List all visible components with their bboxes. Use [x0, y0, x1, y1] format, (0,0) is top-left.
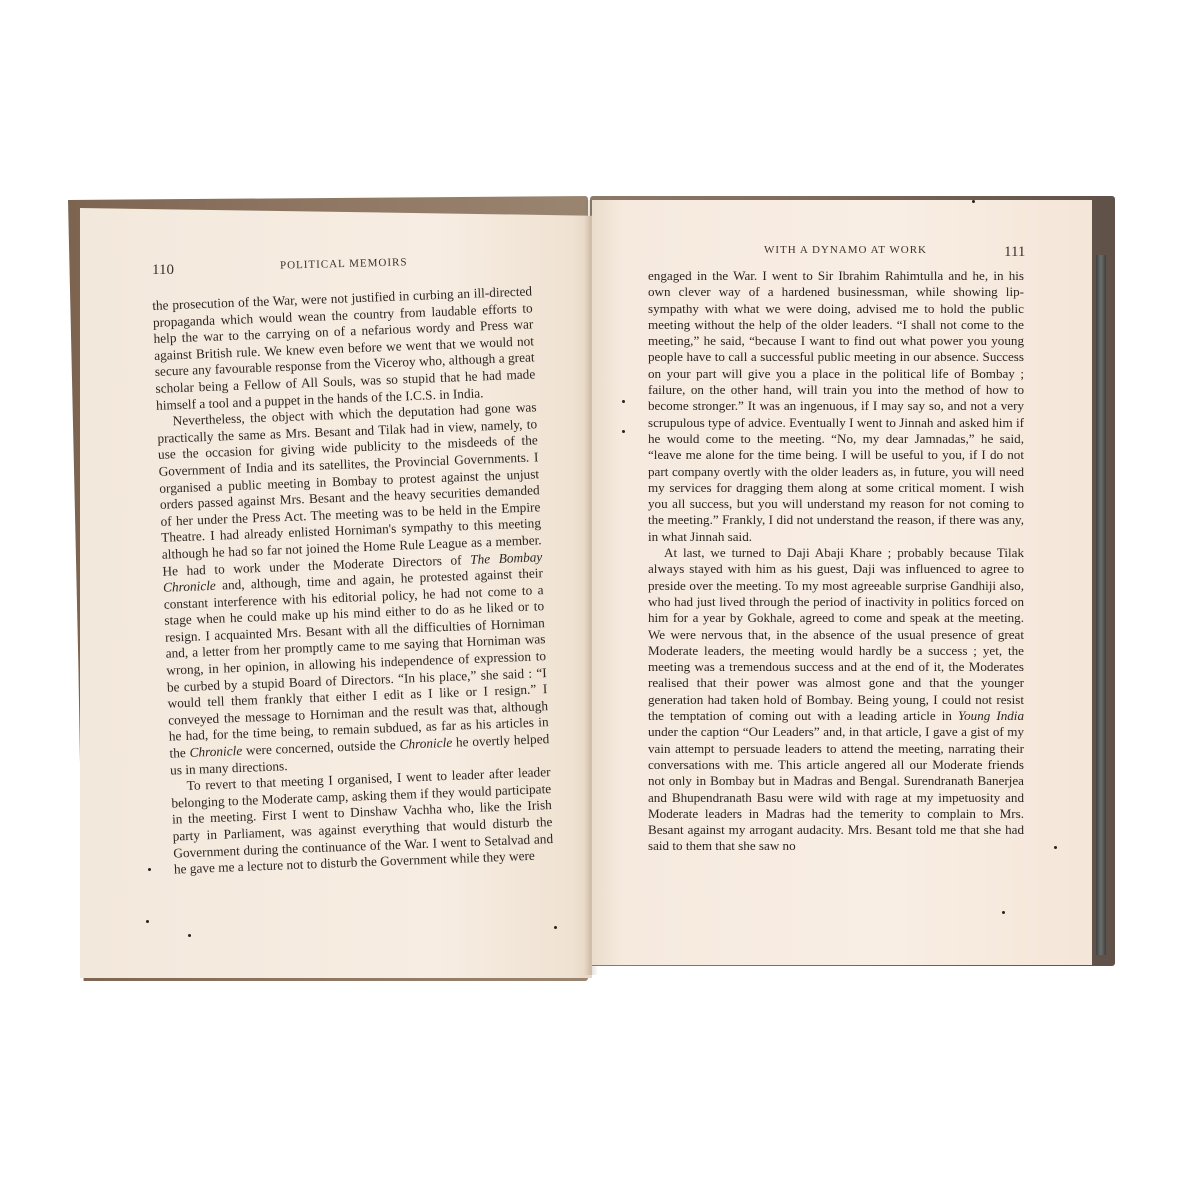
paragraph: To revert to that meeting I organised, I… — [170, 764, 554, 878]
paragraph: engaged in the War. I went to Sir Ibrahi… — [648, 268, 1024, 545]
running-head-left: POLITICAL MEMOIRS — [280, 256, 408, 271]
italic-title: Chronicle — [189, 743, 242, 760]
right-page: WITH A DYNAMO AT WORK 111 engaged in the… — [592, 200, 1092, 965]
paper-speck — [554, 926, 557, 929]
paper-speck — [1054, 846, 1057, 849]
paper-speck — [1002, 911, 1005, 914]
paragraph: At last, we turned to Daji Abaji Khare ;… — [648, 545, 1024, 855]
body-text-left: the prosecution of the War, were not jus… — [152, 283, 554, 878]
paper-speck — [972, 200, 975, 203]
italic-title: Chronicle — [399, 735, 452, 752]
paper-speck — [622, 400, 625, 403]
body-text-right: engaged in the War. I went to Sir Ibrahi… — [648, 268, 1024, 855]
open-book: 110 POLITICAL MEMOIRS the prosecution of… — [0, 0, 1200, 1200]
paper-speck — [622, 430, 625, 433]
book-spine-edge — [1096, 255, 1106, 955]
paper-speck — [146, 920, 149, 923]
paper-speck — [148, 868, 151, 871]
running-head-right: WITH A DYNAMO AT WORK — [764, 244, 927, 256]
paragraph: the prosecution of the War, were not jus… — [152, 283, 536, 414]
page-number-right: 111 — [1004, 244, 1025, 261]
italic-title: Young India — [958, 708, 1024, 723]
paragraph: Nevertheless, the object with which the … — [156, 399, 550, 778]
left-page: 110 POLITICAL MEMOIRS the prosecution of… — [80, 208, 592, 978]
page-number-left: 110 — [152, 262, 174, 279]
paper-speck — [188, 934, 191, 937]
